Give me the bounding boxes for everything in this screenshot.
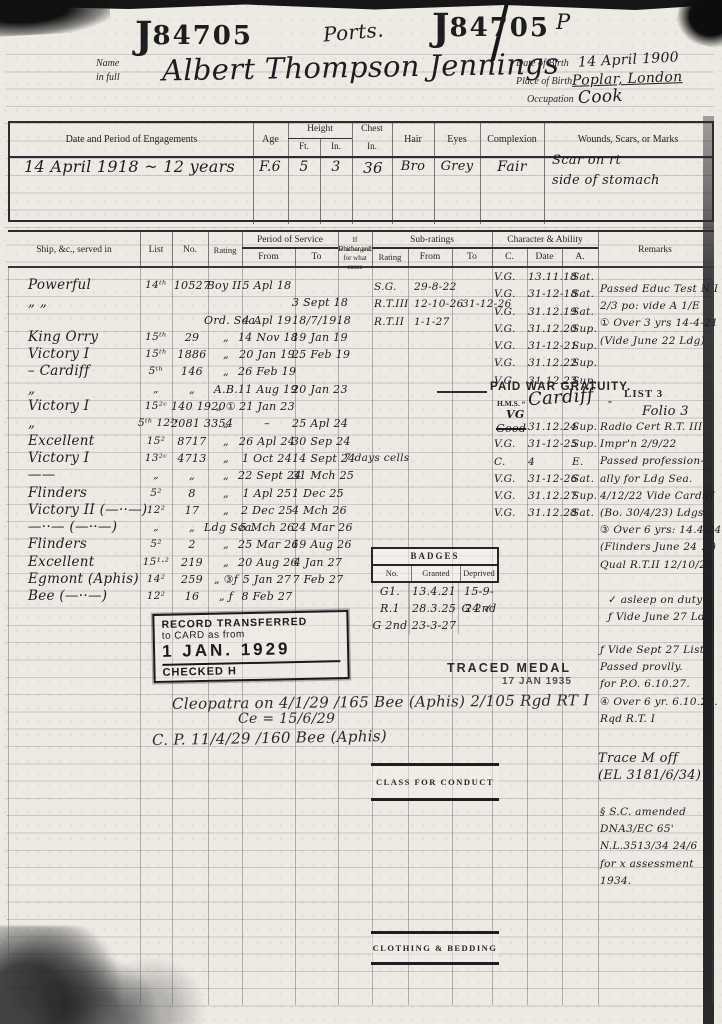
service-table-header: Ship, &c., served in List No. Rating Per…: [8, 230, 714, 268]
name-label-line1: Name: [96, 58, 119, 69]
engagement-header-complexion: Complexion: [480, 134, 544, 145]
badge-number: R.1: [371, 600, 410, 617]
engagement-header-date-period: Date and Period of Engagements: [10, 134, 253, 145]
badges-row: G1. 13.4.21 15-9-24 ✓: [371, 583, 499, 600]
ability-grade: Sat.: [572, 505, 600, 522]
service-from: 21 Jan 23: [238, 398, 296, 415]
header-date: Date: [527, 252, 562, 262]
character-entry: V.G.31-12-25Sup.: [494, 436, 600, 453]
badge-deprived: 15-9-24 ✓: [459, 583, 499, 600]
engagement-date-period: 14 April 1918 ~ 12 years: [24, 157, 235, 176]
character-grade: V.G.: [494, 355, 528, 372]
sub-rating-entry: R.T.III12-10-2631-12-26: [374, 296, 498, 313]
badges-column-headers: No. Granted Deprived: [373, 566, 497, 581]
service-to: 19 Jan 19: [292, 329, 344, 346]
ship-name: „ „: [16, 294, 168, 311]
remark-line: ƒ Vide Sept 27 List: [600, 642, 716, 659]
badges-title: BADGES: [373, 549, 497, 566]
list-number: 5²: [138, 536, 174, 553]
remark-line: ✓ asleep on duty: [608, 592, 720, 609]
badge-granted: 23-3-27: [410, 617, 459, 634]
character-date: 31-12-25: [528, 436, 572, 453]
engagement-header-eyes: Eyes: [434, 134, 480, 145]
remarks-block-4: ƒ Vide Sept 27 ListPassed provlly.for P.…: [600, 642, 716, 728]
remarks-block-5: Trace M off(EL 3181/6/34): [598, 750, 716, 784]
character-grade-struck: Good: [496, 422, 526, 435]
service-from: 25 Mar 26: [238, 536, 296, 553]
engagement-header-age: Age: [253, 134, 288, 145]
engagement-header-chest-in: In.: [352, 141, 392, 151]
remarks-block-3: ✓ asleep on dutyƒ Vide June 27 Ldg: [608, 592, 720, 626]
period-group-underline: [242, 247, 338, 249]
pob-value: Poplar, London: [572, 69, 683, 89]
character-grade: V.G.: [494, 321, 528, 338]
character-grade: V.G.: [494, 338, 528, 355]
character-grade: V.G.: [494, 286, 528, 303]
service-number-stamp-right: J84705: [432, 12, 550, 43]
height-group-underline: [288, 138, 352, 139]
division-annotation: Ports.: [322, 17, 385, 46]
stamp-line: CHECKED H: [162, 660, 340, 679]
service-from: 14 Nov 18: [238, 329, 296, 346]
service-from: 5 Mch 26: [238, 519, 296, 536]
sub-rating-from: 12-10-26: [414, 296, 462, 313]
character-entry: V.G.31.12.19Sat.: [494, 304, 600, 321]
list-number: „: [138, 467, 174, 484]
service-from: 4 Apl 19: [238, 312, 296, 329]
remark-line: Passed provlly.: [600, 659, 716, 676]
stamp-line: 1 JAN. 1929: [162, 638, 340, 662]
header-c: C.: [492, 252, 527, 262]
character-grade: V.G.: [494, 269, 528, 286]
badges-rows: G1. 13.4.21 15-9-24 ✓ R.1 28.3.25 G 2nd …: [371, 583, 499, 634]
header-period-of-service: Period of Service: [242, 235, 338, 245]
remark-line: ① Over 3 yrs 14-4-21: [600, 315, 716, 332]
service-from: 8 Feb 27: [238, 588, 296, 605]
service-to: 18/7/1918: [292, 312, 344, 329]
badge-granted: 13.4.21: [410, 583, 459, 600]
service-from: 26 Feb 19: [238, 363, 296, 380]
service-to: 30 Sep 24: [292, 433, 344, 450]
ability-grade: Sup.: [572, 419, 600, 436]
badges-table: BADGES No. Granted Deprived G1. 13.4.21 …: [371, 547, 499, 634]
engagement-wounds-line2: side of stomach: [552, 173, 660, 188]
hms-stamp-prefix: H.M.S. “: [497, 399, 525, 408]
character-date: 31.12.24: [528, 419, 572, 436]
corner-mark: P: [556, 10, 570, 34]
sub-rating-from: 1-1-27: [414, 314, 462, 331]
sub-rating-from: 29-8-22: [414, 279, 462, 296]
header-sr-rating: Rating: [372, 252, 408, 262]
service-to: 24 Mar 26: [292, 519, 344, 536]
header-sr-from: From: [408, 252, 452, 262]
remark-line: (EL 3181/6/34): [598, 767, 716, 784]
ability-grade: Sat.: [572, 269, 600, 286]
service-number-stamp-left: J84705: [135, 20, 253, 51]
character-entry: V.G.31.12.27Sup.: [494, 488, 600, 505]
service-number-j: J: [432, 5, 450, 49]
remarks-block-6: § S.C. amendedDNA3/EC 65'N.L.3513/34 24/…: [600, 804, 716, 890]
service-to: 19 Aug 26: [292, 536, 344, 553]
hms-stamp-suffix: ”: [608, 399, 612, 408]
character-date: 31.12.27: [528, 488, 572, 505]
list-number: 14ᵗʰ: [138, 277, 174, 294]
column-line: [352, 123, 353, 224]
character-grade: V.G.: [494, 304, 528, 321]
engagement-header-height: Height: [288, 124, 352, 134]
character-entry: V.G.31.12.22Sup.: [494, 355, 600, 372]
remark-line: ③ Over 6 yrs: 14.4.24: [600, 522, 716, 539]
traced-medal-date-stamp: 17 JAN 1935: [502, 676, 572, 687]
service-to: 4 Mch 26: [292, 502, 344, 519]
service-from: 2 Dec 25: [238, 502, 296, 519]
engagement-chest: 36: [354, 159, 392, 177]
engagement-hair: Bro: [392, 159, 434, 174]
remark-line: for x assessment: [600, 856, 716, 873]
pob-label: Place of Birth: [516, 76, 572, 87]
character-date: 13.11.18: [528, 269, 572, 286]
engagement-height-in: 3: [322, 159, 350, 175]
clothing-bedding-box: CLOTHING & BEDDING: [371, 931, 499, 965]
service-from: 5 Apl 18: [238, 277, 296, 294]
record-transferred-stamp: RECORD TRANSFERRED to CARD as from 1 JAN…: [152, 610, 349, 683]
badges-header-deprived: Deprived: [461, 566, 497, 581]
list-number: 12²: [138, 588, 174, 605]
remarks-block-1: Passed Educ Test N I2/3 po: vide A 1/E① …: [600, 281, 716, 350]
character-date: 31-12-18: [528, 286, 572, 303]
header-remarks: Remarks: [598, 245, 712, 255]
engagement-header-wounds: Wounds, Scars, or Marks: [544, 134, 712, 145]
sub-rating: R.T.II: [374, 314, 414, 331]
character-entry: V.G.13.11.18Sat.: [494, 269, 600, 286]
character-date: 31.12.20: [528, 321, 572, 338]
engagement-header-ft: Ft.: [288, 141, 320, 151]
character-entry: C.4E.: [494, 454, 600, 471]
list-number: „: [138, 381, 174, 398]
sub-rating: S.G.: [374, 279, 414, 296]
badge-granted: 28.3.25: [410, 600, 459, 617]
traced-medal-stamp: TRACED MEDAL: [447, 661, 571, 675]
remark-line: Trace M off: [598, 750, 716, 767]
list-number: 12²: [138, 502, 174, 519]
ability-grade: Sat.: [572, 304, 600, 321]
list-number: 13²ᶜ: [138, 450, 174, 467]
character-entry: V.G.31-12-21Sup.: [494, 338, 600, 355]
header-ship: Ship, &c., served in: [8, 245, 140, 255]
badge-number: G 2nd: [371, 617, 410, 634]
remark-line: Passed Educ Test N I: [600, 281, 716, 298]
service-from: 1 Apl 25: [238, 485, 296, 502]
dob-label: Date of Birth: [516, 58, 569, 69]
remark-line: (Bo. 30/4/23) Ldgs: [600, 505, 716, 522]
service-to: 14 Sept 24: [292, 450, 344, 467]
hms-folio: Folio 3: [642, 404, 689, 419]
character-grade: V.G.: [494, 505, 528, 522]
character-date: 31-12-21: [528, 338, 572, 355]
service-from: –: [238, 415, 296, 432]
character-date: 31.12.28: [528, 505, 572, 522]
character-grade-correction: VG: [506, 408, 525, 421]
engagement-eyes: Grey: [434, 159, 480, 174]
character-entries-1: V.G.13.11.18Sat. V.G.31-12-18Sat. V.G.31…: [494, 269, 600, 390]
header-no: No.: [172, 245, 208, 255]
ability-grade: Sup.: [572, 321, 600, 338]
header-discharged-line2: whither and: [338, 245, 372, 254]
badges-row: G 2nd 23-3-27: [371, 617, 499, 634]
remark-line: Passed profession-: [600, 453, 716, 470]
engagement-header-in: In.: [320, 141, 352, 151]
scan-blotch-top-left: [0, 0, 111, 37]
list-number: 15ᵗʰ: [138, 346, 174, 363]
header-sr-to: To: [452, 252, 492, 262]
scan-blotch-top-right: [672, 0, 722, 53]
service-from: 20 Jan 19: [238, 346, 296, 363]
header-from: From: [242, 252, 295, 262]
service-number-j: J: [135, 13, 153, 57]
service-from: 20 Aug 26: [238, 554, 296, 571]
name-label-line2: in full: [96, 72, 120, 83]
character-date: 31.12.19: [528, 304, 572, 321]
character-grade: V.G.: [494, 471, 528, 488]
occupation-label: Occupation: [527, 94, 574, 105]
list-number: 5ᵗʰ 12²ᶜ: [138, 415, 174, 432]
character-entry: V.G.31-12-18Sat.: [494, 286, 600, 303]
engagement-age: F.6: [250, 159, 290, 175]
remark-line: DNA3/EC 65': [600, 821, 716, 838]
remark-line: (Flinders June 24 ...): [600, 539, 716, 556]
service-number-digits: 84705: [153, 21, 253, 51]
engagement-table: Date and Period of Engagements Age Heigh…: [8, 121, 714, 222]
header-to: To: [295, 252, 338, 262]
header-discharged-line3: for what cause: [338, 254, 372, 272]
character-date: 31-12-26: [528, 471, 572, 488]
hms-list-number: LIST 3: [624, 388, 663, 400]
remark-line: ④ Over 6 yr. 6.10.27.: [600, 694, 716, 711]
remark-line: N.L.3513/34 24/6: [600, 838, 716, 855]
name-value: Albert Thompson Jennings: [162, 47, 560, 88]
occupation-value: Cook: [578, 86, 624, 108]
engagement-complexion: Fair: [480, 159, 544, 175]
character-date: 4: [528, 454, 572, 471]
character-grade: V.G.: [494, 436, 528, 453]
badges-box: BADGES No. Granted Deprived: [371, 547, 499, 583]
sub-rating-entry: S.G.29-8-22: [374, 279, 498, 296]
remark-line: ƒ Vide June 27 Ldg: [608, 609, 720, 626]
list-number: 5ᵗʰ: [138, 363, 174, 380]
service-from: 22 Sept 24: [238, 467, 296, 484]
ability-grade: Sat.: [572, 286, 600, 303]
sub-rating: R.T.III: [374, 296, 414, 313]
service-to: 20 Jan 23: [292, 381, 344, 398]
remark-line: (Vide June 22 Ldg): [600, 333, 716, 350]
remark-line: 2/3 po: vide A 1/E: [600, 298, 716, 315]
badges-row: R.1 28.3.25 G 2nd: [371, 600, 499, 617]
ability-grade: Sat.: [572, 471, 600, 488]
character-entry: V.G.31.12.20Sup.: [494, 321, 600, 338]
character-entry: V.G.31-12-26Sat.: [494, 471, 600, 488]
remark-line: for P.O. 6.10.27.: [600, 676, 716, 693]
service-record-page: J84705 J84705 Ports. P Name in full Albe…: [0, 0, 722, 1024]
header-a: A.: [562, 252, 598, 262]
service-from: 5 Jan 27: [238, 571, 296, 588]
remark-line: 1934.: [600, 873, 716, 890]
badge-deprived: G 2nd: [459, 600, 499, 617]
dob-value: 14 April 1900: [578, 49, 680, 70]
ability-grade: Sup.: [572, 488, 600, 505]
service-to: 4 Jan 27: [292, 554, 344, 571]
remarks-block-2: Radio Cert R.T. IIIImpr'n 2/9/22Passed p…: [600, 419, 716, 574]
service-number-digits: 84705: [450, 13, 550, 43]
header-rating: Rating: [208, 245, 242, 255]
gratuity-underline: [437, 391, 487, 393]
list-number: 5²: [138, 485, 174, 502]
ability-grade: Sup.: [572, 338, 600, 355]
character-grade: V.G.: [494, 488, 528, 505]
header-character-ability: Character & Ability: [492, 235, 598, 245]
scan-noise-bottom-left: [0, 926, 227, 1024]
ability-grade: Sup.: [572, 355, 600, 372]
list-number: 15¹·²: [138, 554, 174, 571]
service-from: 11 Aug 19: [238, 381, 296, 398]
service-to: 3 Sept 18: [292, 294, 344, 311]
list-number: 15ᵗʰ: [138, 329, 174, 346]
service-to: 7 Feb 27: [292, 571, 344, 588]
remark-line: Rqd R.T. I: [600, 711, 716, 728]
remark-line: Qual R.T.II 12/10/26: [600, 557, 716, 574]
badge-number: G1.: [371, 583, 410, 600]
sub-rating-entry: R.T.II1-1-27: [374, 314, 498, 331]
remark-line: ally for Ldg Sea.: [600, 471, 716, 488]
character-grade: C.: [494, 454, 528, 471]
note-line-2: Ce = 15/6/29: [238, 711, 335, 727]
service-to: 1 Dec 25: [292, 485, 344, 502]
engagement-wounds-line1: Scar on rt: [552, 153, 621, 168]
subratings-group-underline: [372, 247, 492, 249]
service-from: 1 Oct 24: [238, 450, 296, 467]
ability-grade: E.: [572, 454, 600, 471]
character-date: 31.12.22: [528, 355, 572, 372]
note-line-3: C. P. 11/4/29 /160 Bee (Aphis): [152, 727, 387, 749]
discharge-cause: 7 days cells: [344, 450, 430, 467]
engagement-header-hair: Hair: [392, 134, 434, 145]
sub-rating-to: 31-12-26: [462, 296, 498, 313]
remark-line: Impr'n 2/9/22: [600, 436, 716, 453]
character-entry: V.G.31.12.28Sat.: [494, 505, 600, 522]
engagement-height-ft: 5: [290, 159, 318, 175]
badges-header-no: No.: [373, 566, 412, 581]
list-number: 14²: [138, 571, 174, 588]
service-row: – Cardiff 5ᵗʰ 146 „ 26 Feb 19: [8, 363, 714, 380]
remark-line: § S.C. amended: [600, 804, 716, 821]
header-list: List: [140, 245, 172, 255]
list-number: 15²ᶜ: [138, 398, 174, 415]
list-number: 15²: [138, 433, 174, 450]
list-number: „: [138, 519, 174, 536]
header-sub-ratings: Sub-ratings: [372, 235, 492, 245]
sub-rating-entries: S.G.29-8-22 R.T.III12-10-2631-12-26 R.T.…: [374, 279, 498, 331]
service-from: 26 Apl 24: [238, 433, 296, 450]
badge-deprived: [459, 617, 499, 634]
note-line-1: Cleopatra on 4/1/29 /165 Bee (Aphis) 2/1…: [172, 691, 590, 713]
service-to: 25 Apl 24: [292, 415, 344, 432]
remark-line: 4/12/22 Vide Cardiff: [600, 488, 716, 505]
character-group-underline: [492, 247, 598, 249]
service-to: 31 Mch 25: [292, 467, 344, 484]
class-for-conduct-box: CLASS FOR CONDUCT: [371, 763, 499, 801]
service-to: 25 Feb 19: [292, 346, 344, 363]
engagement-header-chest: Chest: [352, 124, 392, 134]
ability-grade: Sup.: [572, 436, 600, 453]
badges-header-granted: Granted: [412, 566, 461, 581]
remark-line: Radio Cert R.T. III: [600, 419, 716, 436]
